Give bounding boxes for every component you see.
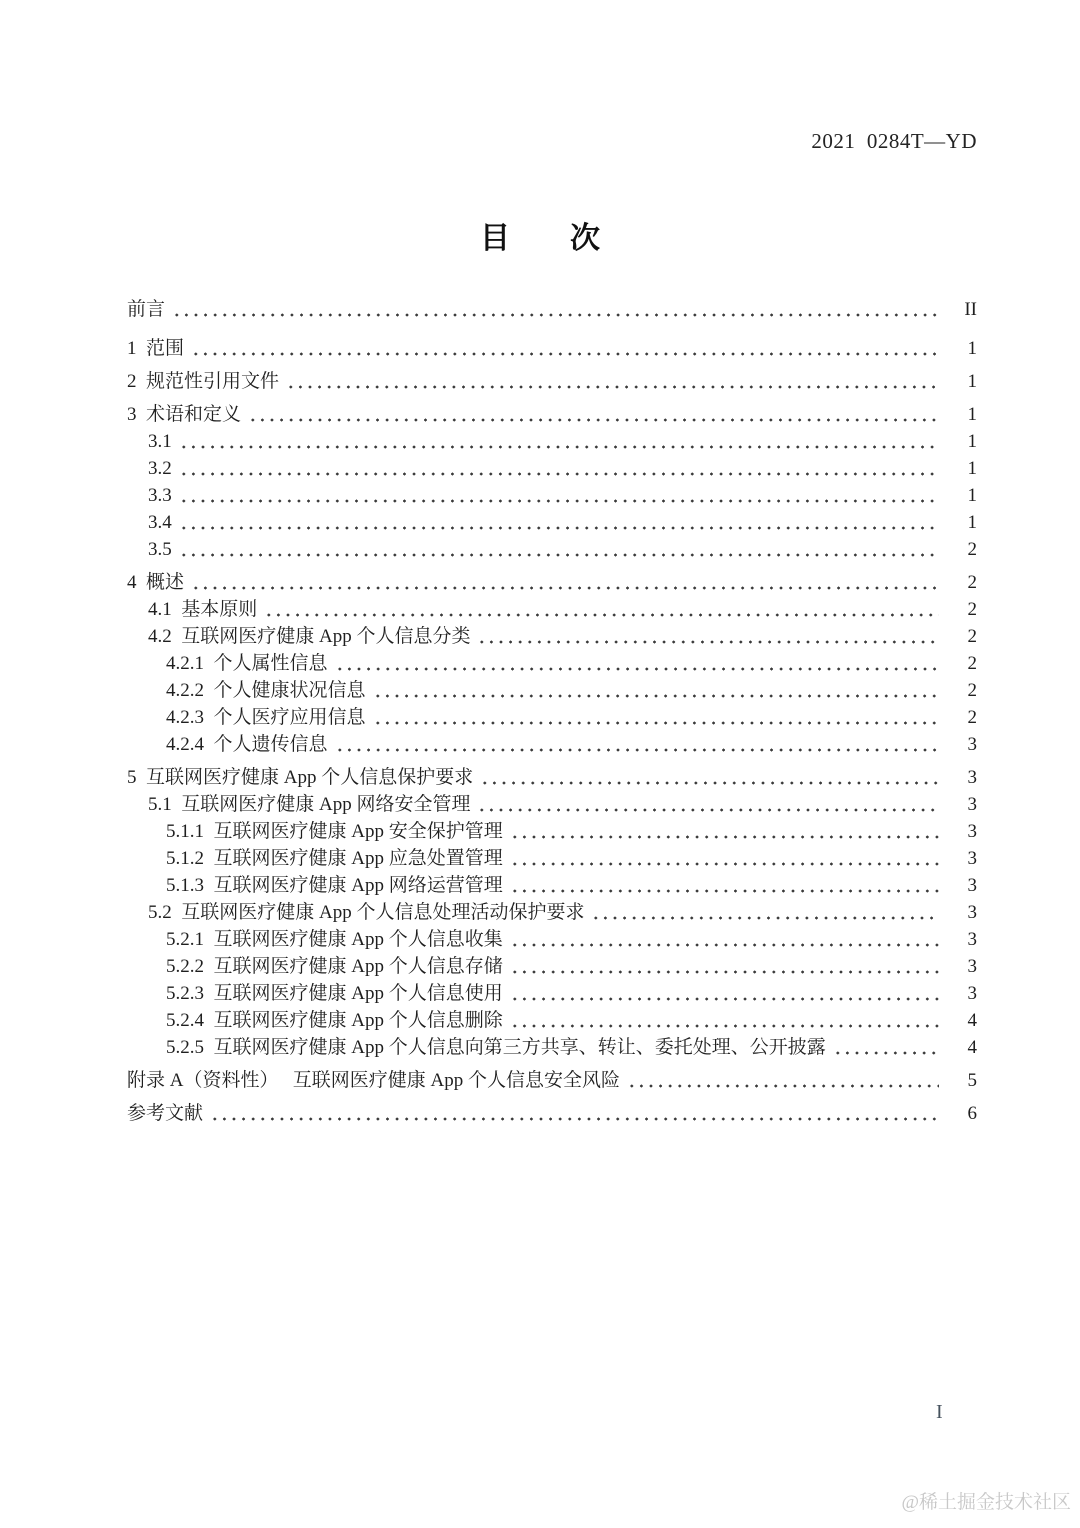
toc-row: 5.2.2 互联网医疗健康 App 个人信息存储 3 — [127, 953, 977, 980]
toc-row: 4.2.1 个人属性信息 2 — [127, 650, 977, 677]
toc-entry-label: 5.2 互联网医疗健康 App 个人信息处理活动保护要求 — [148, 899, 584, 926]
toc-entry-label: 3.5 — [148, 536, 172, 563]
toc-entry-label: 5.2.5 互联网医疗健康 App 个人信息向第三方共享、转让、委托处理、公开披… — [166, 1034, 826, 1061]
dot-leader — [480, 764, 939, 791]
document-page: 2021 0284T—YD 目 次 前言 II 1 范围 1 2 规范性引用文件… — [0, 0, 1080, 1528]
toc-page-number: 3 — [947, 926, 977, 953]
toc-row: 4.2 互联网医疗健康 App 个人信息分类 2 — [127, 623, 977, 650]
toc-row: 5.2.4 互联网医疗健康 App 个人信息删除 4 — [127, 1007, 977, 1034]
toc-row: 5.2.3 互联网医疗健康 App 个人信息使用 3 — [127, 980, 977, 1007]
doc-number: 2021 0284T—YD — [811, 130, 977, 153]
toc-page-number: 4 — [947, 1034, 977, 1061]
toc-page-number: 3 — [947, 953, 977, 980]
toc-page-number: 2 — [947, 536, 977, 563]
dot-leader — [286, 368, 939, 395]
toc-entry-label: 1 范围 — [127, 335, 184, 362]
dot-leader — [510, 980, 939, 1007]
dot-leader — [373, 704, 939, 731]
dot-leader — [179, 482, 939, 509]
toc-page-number: 1 — [947, 509, 977, 536]
toc-entry-label: 5.1.1 互联网医疗健康 App 安全保护管理 — [166, 818, 503, 845]
dot-leader — [179, 509, 939, 536]
toc-page-number: 1 — [947, 368, 977, 395]
toc-entry-label: 4.2.3 个人医疗应用信息 — [166, 704, 366, 731]
toc-page-number: 2 — [947, 677, 977, 704]
dot-leader — [191, 335, 939, 362]
toc-page-number: 2 — [947, 623, 977, 650]
toc-page-number: 1 — [947, 482, 977, 509]
dot-leader — [510, 872, 939, 899]
toc-entry-label: 5.2.3 互联网医疗健康 App 个人信息使用 — [166, 980, 503, 1007]
dot-leader — [172, 296, 939, 323]
dot-leader — [510, 926, 939, 953]
toc-list: 前言 II 1 范围 1 2 规范性引用文件 1 3 术语和定义 1 3.1 1… — [127, 296, 977, 1127]
toc-entry-label: 4.2 互联网医疗健康 App 个人信息分类 — [148, 623, 470, 650]
dot-leader — [248, 401, 939, 428]
toc-entry-label: 5 互联网医疗健康 App 个人信息保护要求 — [127, 764, 473, 791]
toc-page-number: 3 — [947, 899, 977, 926]
toc-page-number: 3 — [947, 872, 977, 899]
toc-entry-label: 4.1 基本原则 — [148, 596, 257, 623]
toc-row: 4.1 基本原则 2 — [127, 596, 977, 623]
toc-row: 5 互联网医疗健康 App 个人信息保护要求 3 — [127, 764, 977, 791]
toc-page-number: 5 — [947, 1067, 977, 1094]
dot-leader — [210, 1100, 939, 1127]
toc-row: 4.2.3 个人医疗应用信息 2 — [127, 704, 977, 731]
toc-page-number: 3 — [947, 731, 977, 758]
dot-leader — [264, 596, 939, 623]
toc-entry-label: 3.1 — [148, 428, 172, 455]
toc-page-number: 2 — [947, 704, 977, 731]
dot-leader — [591, 899, 939, 926]
toc-page-number: 2 — [947, 650, 977, 677]
toc-entry-label: 4 概述 — [127, 569, 184, 596]
toc-page-number: 3 — [947, 845, 977, 872]
toc-row: 前言 II — [127, 296, 977, 323]
toc-row: 3 术语和定义 1 — [127, 401, 977, 428]
dot-leader — [627, 1067, 939, 1094]
dot-leader — [510, 1007, 939, 1034]
toc-entry-label: 5.2.2 互联网医疗健康 App 个人信息存储 — [166, 953, 503, 980]
toc-page-number: 2 — [947, 569, 977, 596]
toc-entry-label: 前言 — [127, 296, 165, 323]
toc-row: 5.1 互联网医疗健康 App 网络安全管理 3 — [127, 791, 977, 818]
dot-leader — [510, 845, 939, 872]
page-title: 目 次 — [0, 222, 1080, 255]
toc-page-number: 4 — [947, 1007, 977, 1034]
toc-row: 3.5 2 — [127, 536, 977, 563]
toc-entry-label: 参考文献 — [127, 1100, 203, 1127]
toc-row: 3.1 1 — [127, 428, 977, 455]
dot-leader — [373, 677, 939, 704]
toc-entry-label: 2 规范性引用文件 — [127, 368, 279, 395]
toc-row: 3.2 1 — [127, 455, 977, 482]
toc-row: 4.2.4 个人遗传信息 3 — [127, 731, 977, 758]
toc-entry-label: 5.2.4 互联网医疗健康 App 个人信息删除 — [166, 1007, 503, 1034]
toc-row: 参考文献 6 — [127, 1100, 977, 1127]
toc-page-number: II — [947, 296, 977, 323]
toc-page-number: 2 — [947, 596, 977, 623]
toc-row: 5.1.3 互联网医疗健康 App 网络运营管理 3 — [127, 872, 977, 899]
toc-row: 5.2.5 互联网医疗健康 App 个人信息向第三方共享、转让、委托处理、公开披… — [127, 1034, 977, 1061]
toc-page-number: 6 — [947, 1100, 977, 1127]
dot-leader — [510, 818, 939, 845]
toc-row: 3.4 1 — [127, 509, 977, 536]
toc-entry-label: 附录 A（资料性） 互联网医疗健康 App 个人信息安全风险 — [127, 1067, 620, 1094]
toc-entry-label: 3 术语和定义 — [127, 401, 241, 428]
toc-row: 5.1.2 互联网医疗健康 App 应急处置管理 3 — [127, 845, 977, 872]
toc-row: 2 规范性引用文件 1 — [127, 368, 977, 395]
toc-entry-label: 5.1 互联网医疗健康 App 网络安全管理 — [148, 791, 470, 818]
toc-row: 5.2 互联网医疗健康 App 个人信息处理活动保护要求 3 — [127, 899, 977, 926]
dot-leader — [179, 428, 939, 455]
toc-entry-label: 4.2.4 个人遗传信息 — [166, 731, 328, 758]
toc-entry-label: 4.2.2 个人健康状况信息 — [166, 677, 366, 704]
toc-entry-label: 3.4 — [148, 509, 172, 536]
toc-entry-label: 3.3 — [148, 482, 172, 509]
toc-page-number: 1 — [947, 335, 977, 362]
footer-page-number: I — [936, 1401, 943, 1423]
toc-row: 4 概述 2 — [127, 569, 977, 596]
dot-leader — [477, 623, 939, 650]
dot-leader — [477, 791, 939, 818]
toc-row: 附录 A（资料性） 互联网医疗健康 App 个人信息安全风险 5 — [127, 1067, 977, 1094]
toc-row: 5.2.1 互联网医疗健康 App 个人信息收集 3 — [127, 926, 977, 953]
toc-row: 4.2.2 个人健康状况信息 2 — [127, 677, 977, 704]
toc-page-number: 3 — [947, 980, 977, 1007]
dot-leader — [179, 455, 939, 482]
toc-entry-label: 5.1.2 互联网医疗健康 App 应急处置管理 — [166, 845, 503, 872]
toc-entry-label: 5.1.3 互联网医疗健康 App 网络运营管理 — [166, 872, 503, 899]
toc-page-number: 3 — [947, 764, 977, 791]
dot-leader — [833, 1034, 939, 1061]
toc-page-number: 1 — [947, 401, 977, 428]
toc-row: 5.1.1 互联网医疗健康 App 安全保护管理 3 — [127, 818, 977, 845]
toc-row: 1 范围 1 — [127, 335, 977, 362]
toc-entry-label: 3.2 — [148, 455, 172, 482]
dot-leader — [179, 536, 939, 563]
toc-page-number: 1 — [947, 428, 977, 455]
watermark: @稀土掘金技术社区 — [902, 1493, 1072, 1514]
toc-page-number: 3 — [947, 791, 977, 818]
dot-leader — [335, 731, 939, 758]
dot-leader — [335, 650, 939, 677]
toc-entry-label: 5.2.1 互联网医疗健康 App 个人信息收集 — [166, 926, 503, 953]
toc-row: 3.3 1 — [127, 482, 977, 509]
dot-leader — [191, 569, 939, 596]
dot-leader — [510, 953, 939, 980]
toc-page-number: 3 — [947, 818, 977, 845]
toc-entry-label: 4.2.1 个人属性信息 — [166, 650, 328, 677]
toc-page-number: 1 — [947, 455, 977, 482]
